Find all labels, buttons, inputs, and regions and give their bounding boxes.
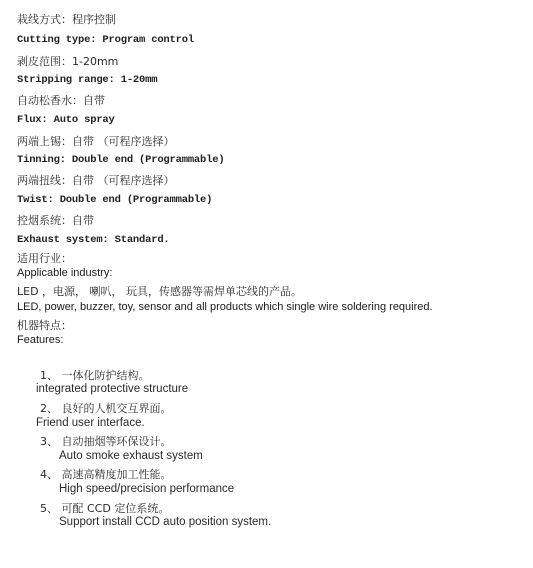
feature-5-cn: 5、 可配 CCD 定位系统。: [40, 500, 169, 516]
feature-1-cn: 1、 一体化防护结构。: [40, 367, 150, 383]
feature-3-cn: 3、 自动抽烟等环保设计。: [40, 433, 172, 449]
spec-exhaust-cn: 控烟系统：自带: [17, 212, 94, 228]
feature-1-en: integrated protective structure: [36, 383, 188, 395]
spec-tinning-cn: 两端上锡：自带 （可程序选择）: [17, 133, 175, 149]
features-heading-en: Features:: [17, 334, 63, 346]
spec-flux-en: Flux: Auto spray: [17, 114, 115, 126]
spec-cutting-en: Cutting type: Program control: [17, 34, 194, 46]
spec-tinning-en: Tinning: Double end (Programmable): [17, 154, 224, 166]
industry-heading-en: Applicable industry:: [17, 267, 112, 279]
spec-cutting-cn: 栽线方式：程序控制: [17, 11, 116, 27]
feature-3-en: Auto smoke exhaust system: [59, 450, 203, 462]
industry-text-en: LED, power, buzzer, toy, sensor and all …: [17, 301, 433, 313]
feature-4-en: High speed/precision performance: [59, 483, 234, 495]
industry-text-cn: LED ，电源， 喇叭， 玩具，传感器等需焊单芯线的产品。: [17, 283, 302, 299]
feature-4-cn: 4、 高速高精度加工性能。: [40, 466, 172, 482]
spec-flux-cn: 自动松香水：自带: [17, 92, 105, 108]
feature-2-cn: 2、 良好的人机交互界面。: [40, 400, 172, 416]
spec-stripping-cn: 剥皮范围：1-20mm: [17, 53, 118, 69]
spec-stripping-en: Stripping range: 1-20mm: [17, 74, 157, 86]
spec-twist-cn: 两端扭线：自带 （可程序选择）: [17, 172, 175, 188]
feature-2-en: Friend user interface.: [36, 417, 145, 429]
industry-heading-cn: 适用行业：: [17, 250, 72, 266]
features-heading-cn: 机器特点：: [17, 317, 72, 333]
spec-twist-en: Twist: Double end (Programmable): [17, 194, 212, 206]
spec-exhaust-en: Exhaust system: Standard.: [17, 234, 170, 246]
feature-5-en: Support install CCD auto position system…: [59, 516, 271, 528]
